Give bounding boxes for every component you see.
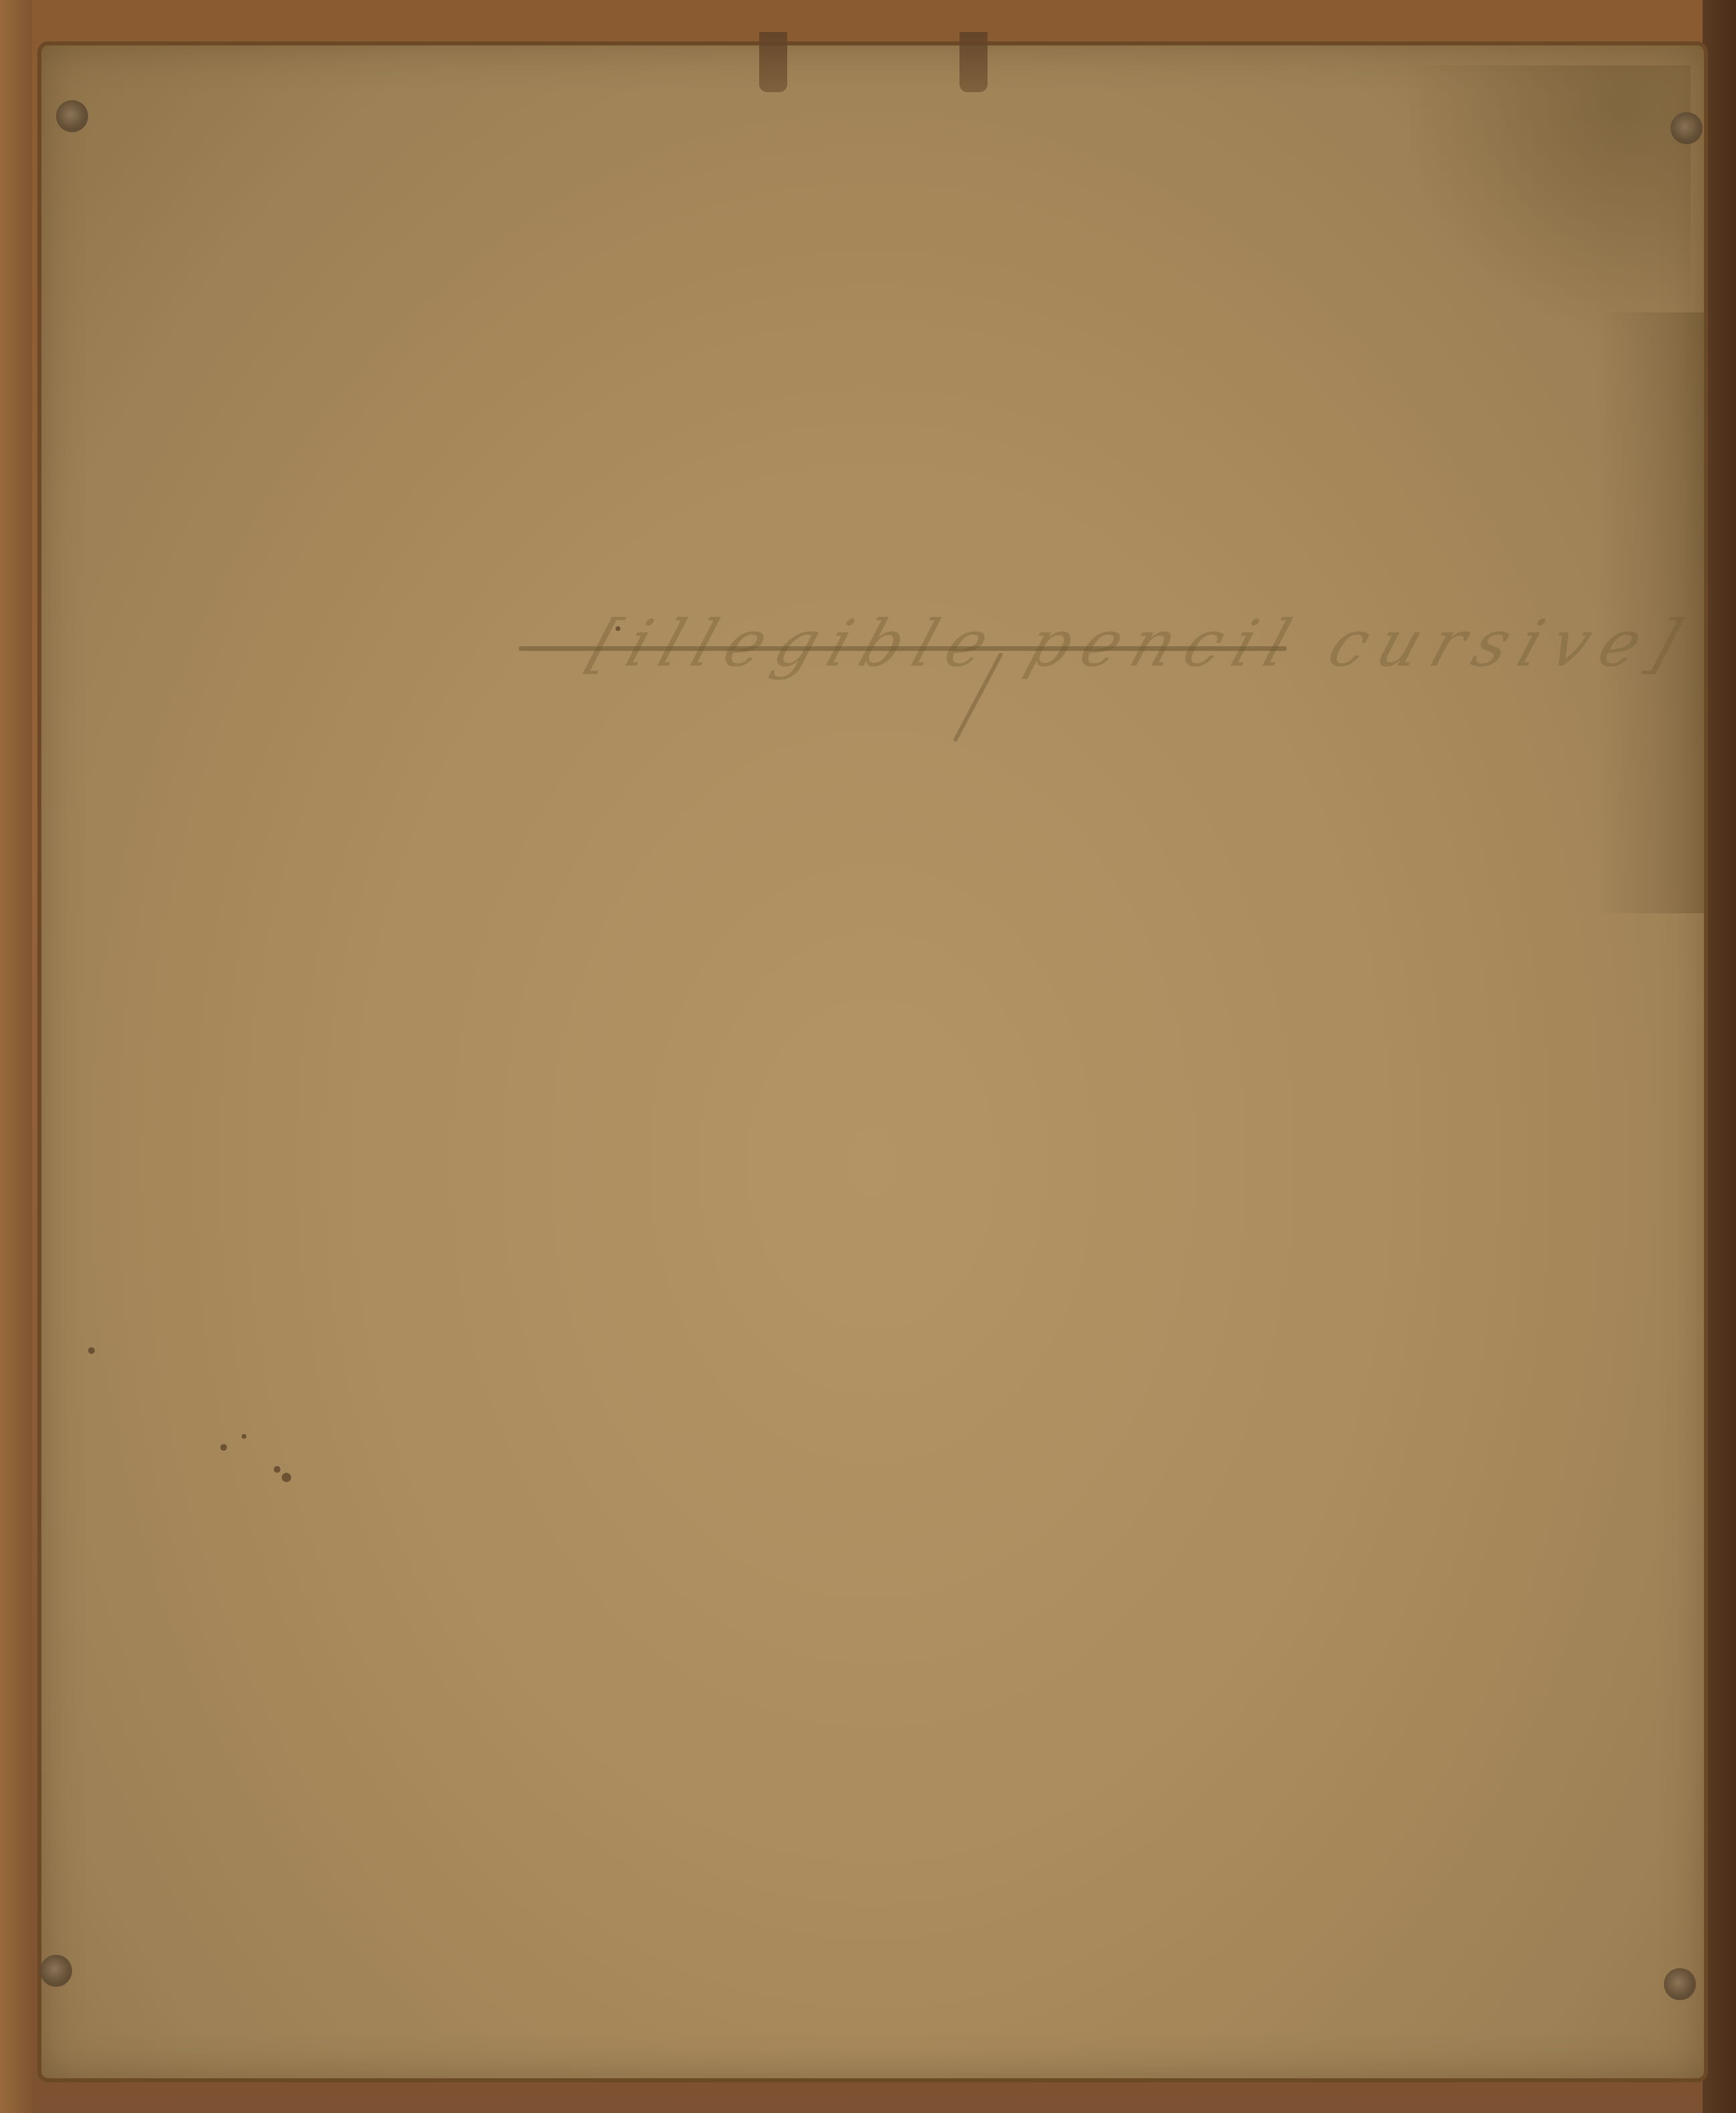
- frame-right-edge: [1703, 0, 1736, 2113]
- foxing-speck: [282, 1473, 291, 1482]
- foxing-speck: [274, 1466, 280, 1473]
- foxing-speck: [220, 1444, 227, 1451]
- card-back: [illegible pencil cursive]: [41, 45, 1704, 2078]
- tack-mark-bottom-left-icon: [40, 1955, 72, 1987]
- foxing-speck: [242, 1434, 246, 1439]
- hanging-tab-right: [959, 32, 988, 92]
- corner-stain: [1410, 65, 1691, 346]
- tack-mark-bottom-right-icon: [1664, 1968, 1696, 2000]
- pencil-inscription: [illegible pencil cursive]: [472, 593, 1290, 726]
- frame-left-edge: [0, 0, 32, 2113]
- wooden-frame: [illegible pencil cursive]: [0, 0, 1736, 2113]
- hanging-tab-left: [759, 32, 787, 92]
- inscription-text: [illegible pencil cursive]: [580, 606, 1701, 681]
- tack-mark-top-left-icon: [56, 100, 88, 132]
- tack-mark-top-right-icon: [1671, 112, 1703, 144]
- foxing-speck: [88, 1347, 95, 1354]
